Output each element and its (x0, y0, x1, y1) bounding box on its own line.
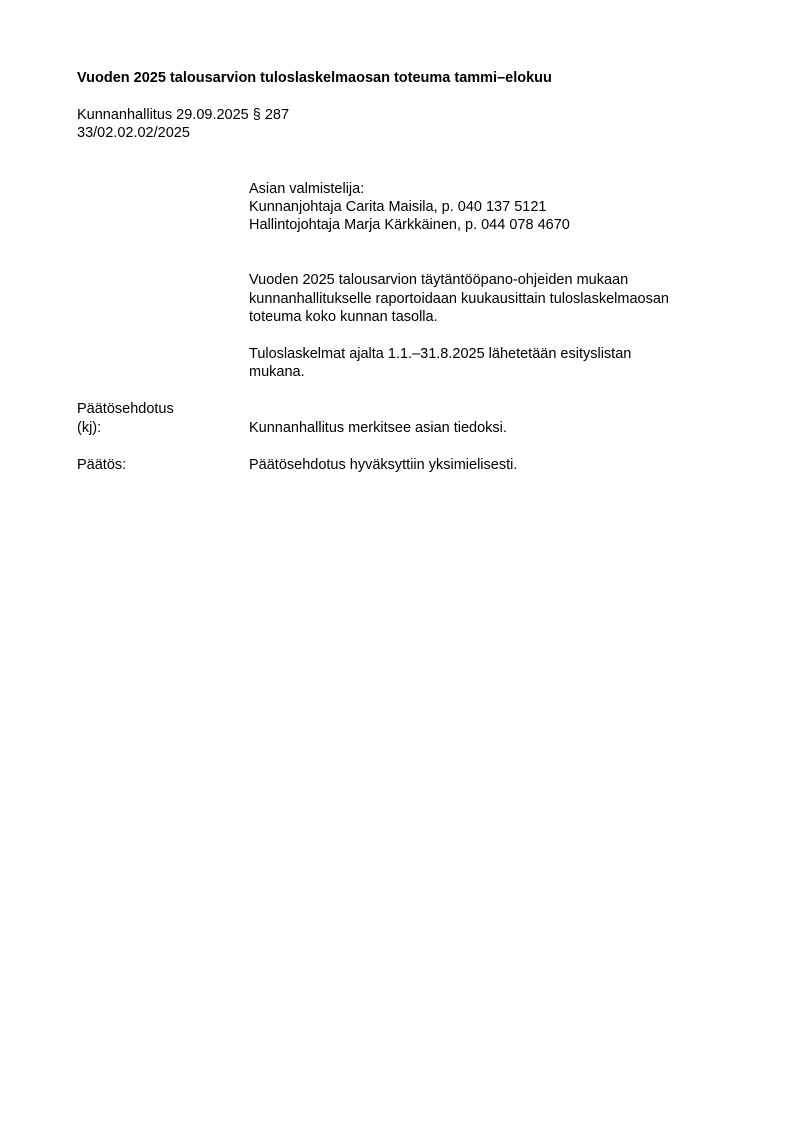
document-title: Vuoden 2025 talousarvion tuloslaskelmaos… (77, 69, 552, 87)
preparer-line: Kunnanjohtaja Carita Maisila, p. 040 137… (249, 198, 546, 216)
meeting-body-date: Kunnanhallitus 29.09.2025 § 287 (77, 106, 289, 124)
proposal-label-suffix: (kj): (77, 419, 101, 437)
body-paragraph-1-line: toteuma koko kunnan tasolla. (249, 308, 438, 326)
decision-text: Päätösehdotus hyväksyttiin yksimielisest… (249, 456, 517, 474)
preparers-heading: Asian valmistelija: (249, 180, 364, 198)
body-paragraph-2-line: Tuloslaskelmat ajalta 1.1.–31.8.2025 läh… (249, 345, 631, 363)
decision-label: Päätös: (77, 456, 126, 474)
body-paragraph-1-line: kunnanhallitukselle raportoidaan kuukaus… (249, 290, 669, 308)
body-paragraph-1-line: Vuoden 2025 talousarvion täytäntööpano-o… (249, 271, 628, 289)
proposal-label: Päätösehdotus (77, 400, 174, 418)
body-paragraph-2-line: mukana. (249, 363, 305, 381)
proposal-text: Kunnanhallitus merkitsee asian tiedoksi. (249, 419, 507, 437)
preparer-line: Hallintojohtaja Marja Kärkkäinen, p. 044… (249, 216, 570, 234)
diary-number: 33/02.02.02/2025 (77, 124, 190, 142)
